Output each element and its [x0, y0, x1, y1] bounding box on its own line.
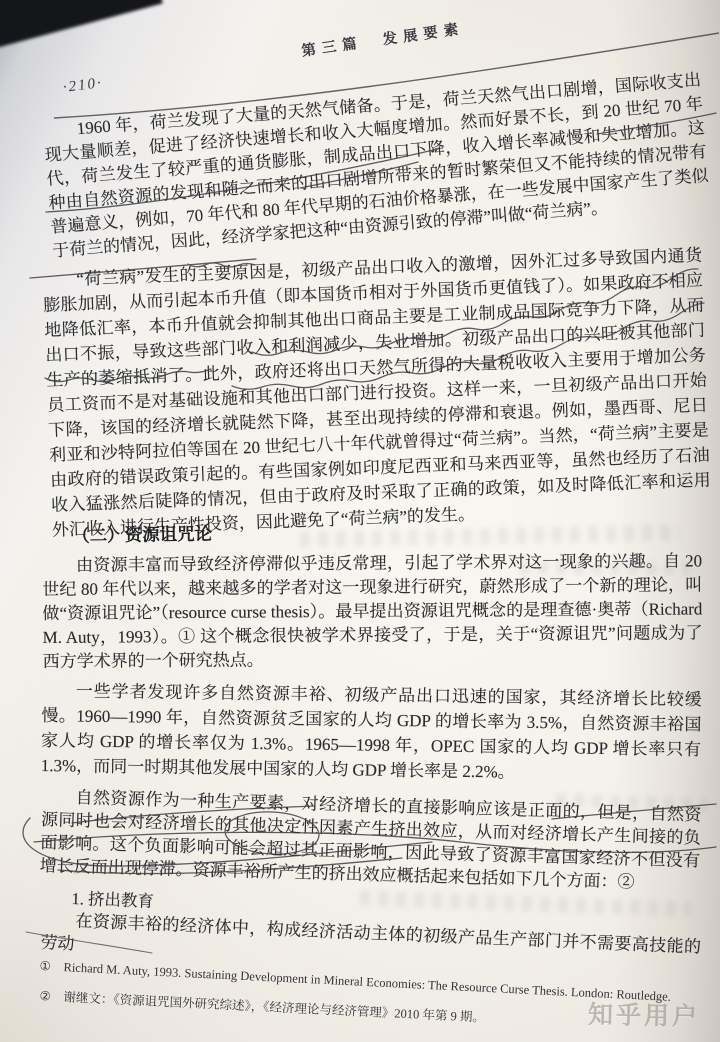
scan-corner-shadow — [0, 0, 163, 55]
paragraph-crowding-out-effect: 自然资源作为一种生产要素，对经济增长的直接影响应该是正面的，但是，自然资源同时也… — [39, 785, 701, 895]
footnote-1-marker: ① — [39, 958, 64, 975]
ink-bleed-smudge — [360, 890, 690, 917]
page-number: ·210· — [62, 75, 104, 97]
footnote-2-marker: ② — [39, 988, 64, 1005]
book-page-scan: 第三篇 发展要素 ·210· 1960 年，荷兰发现了大量的天然气储备。于是，荷… — [0, 0, 720, 1042]
section-heading-resource-curse: （二）资源诅咒论 — [42, 521, 212, 548]
footnote-2-text: 谢继文：《资源诅咒国外研究综述》，《经济理论与经济管理》2010 年第 9 期。 — [63, 990, 485, 1025]
running-header-section-title: 第三篇 发展要素 — [300, 9, 521, 60]
paragraph-dutch-disease-causes: “荷兰病”发生的主要原因是，初级产品出口收入的激增，因外汇过多导致国内通货膨胀加… — [42, 243, 712, 543]
paragraph-gdp-growth-statistics: 一些学者发现许多自然资源丰裕、初级产品出口迅速的国家，其经济增长比较缓慢。196… — [41, 678, 702, 787]
paragraph-dutch-disease-intro: 1960 年，荷兰发现了大量的天然气储备。于是，荷兰天然气出口剧增，国际收支出现… — [42, 68, 711, 263]
paragraph-resource-curse-origin: 由资源丰富而导致经济停滞似乎违反常理，引起了学术界对这一现象的兴趣。自 20 世… — [42, 549, 703, 674]
zhihu-user-watermark: 知乎用户 — [588, 995, 701, 1033]
